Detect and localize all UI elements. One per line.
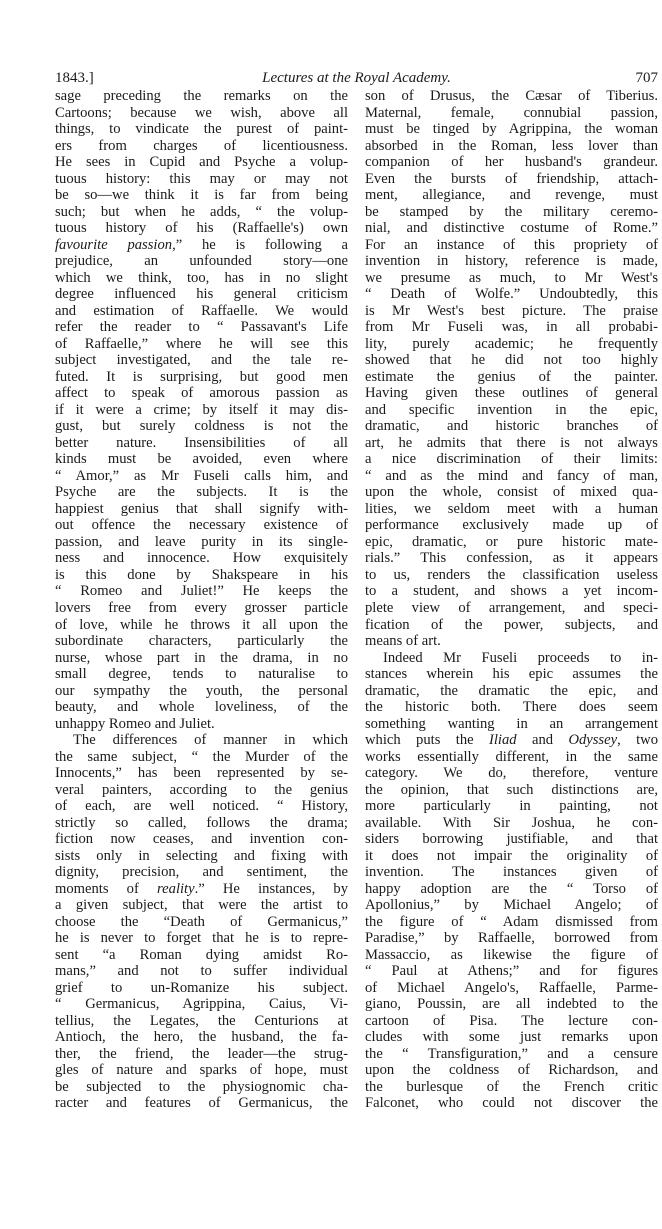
text-line: art, he admits that there is not always (365, 435, 658, 452)
text-line: works essentially different, in the same (365, 749, 658, 766)
text-line: cludes with some just remarks upon (365, 1029, 658, 1046)
text-line: be so—we think it is far from being (55, 187, 348, 204)
text-line: giano, Poussin, are all indebted to the (365, 996, 658, 1013)
text-line: rials.” This confession, as it appears (365, 550, 658, 567)
text-line: dramatic, and historic branches of (365, 418, 658, 435)
text-line: Maternal, female, connubial passion, (365, 105, 658, 122)
text-line: lovers free from every grosser particle (55, 600, 348, 617)
text-line: strictly so called, follows the drama; (55, 815, 348, 832)
text-line: upon the whole, consist of mixed qua- (365, 484, 658, 501)
text-line: tuous history of his (Raffaelle's) own (55, 220, 348, 237)
text-line: category. We do, therefore, venture (365, 765, 658, 782)
text-line: which puts the Iliad and Odyssey, two (365, 732, 658, 749)
text-line: Indeed Mr Fuseli proceeds to in- (365, 650, 658, 667)
text-line: lities, we seldom meet with a human (365, 501, 658, 518)
page-number: 707 (636, 68, 659, 88)
text-line: we presume as much, to Mr West's (365, 270, 658, 287)
text-line: ment, allegiance, and revenge, must (365, 187, 658, 204)
text-line: of love, while he throws it all upon the (55, 617, 348, 634)
text-line: subordinate characters, particularly the (55, 633, 348, 650)
text-line: is Mr West's best picture. The praise (365, 303, 658, 320)
text-line: Innocents,” has been represented by se- (55, 765, 348, 782)
text-line: “ and as the mind and fancy of man, (365, 468, 658, 485)
text-line: such; but when he adds, “ the volup- (55, 204, 348, 221)
text-line: our sympathy the youth, the personal (55, 683, 348, 700)
left-column: sage preceding the remarks on theCartoon… (55, 88, 348, 1112)
text-line: happy adoption are the “ Torso of (365, 881, 658, 898)
text-line: of Raffaelle,” where he will see this (55, 336, 348, 353)
text-line: tellius, the Legates, the Centurions at (55, 1013, 348, 1030)
text-line: sists only in selecting and fixing with (55, 848, 348, 865)
text-line: companion of her husband's grandeur. (365, 154, 658, 171)
text-line: nial, and distinctive costume of Rome.” (365, 220, 658, 237)
text-line: subject investigated, and the tale re- (55, 352, 348, 369)
text-line: performance exclusively made up of (365, 517, 658, 534)
text-line: gles of nature and sparks of hope, must (55, 1062, 348, 1079)
text-line: of Michael Angelo's, Raffaelle, Parme- (365, 980, 658, 997)
text-line: the figure of “ Adam dismissed from (365, 914, 658, 931)
text-line: things, to vindicate the purest of paint… (55, 121, 348, 138)
text-line: the same subject, “ the Murder of the (55, 749, 348, 766)
text-line: grief to un-Romanize his subject. (55, 980, 348, 997)
text-line: tuous history: this may or may not (55, 171, 348, 188)
text-line: For an instance of this propriety of (365, 237, 658, 254)
text-line: beauty, and whole loveliness, of the (55, 699, 348, 716)
running-title: Lectures at the Royal Academy. (55, 68, 658, 88)
text-line: siders borrowing justifiable, and that (365, 831, 658, 848)
text-line: Even the bursts of friendship, attach- (365, 171, 658, 188)
text-line: unhappy Romeo and Juliet. (55, 716, 348, 733)
text-line: He sees in Cupid and Psyche a volup- (55, 154, 348, 171)
text-line: prejudice, an unfounded story—one (55, 253, 348, 270)
text-line: to us, renders the classification useles… (365, 567, 658, 584)
text-line: gust, but surely coldness is not the (55, 418, 348, 435)
text-line: must be tinged by Agrippina, the woman (365, 121, 658, 138)
text-line: The differences of manner in which (55, 732, 348, 749)
running-header: 1843.] Lectures at the Royal Academy. 70… (55, 68, 658, 88)
text-line: refer the reader to “ Passavant's Life (55, 319, 348, 336)
text-line: cartoon of Pisa. The lecture con- (365, 1013, 658, 1030)
text-line: invention. The instances given of (365, 864, 658, 881)
text-line: available. With Sir Joshua, he con- (365, 815, 658, 832)
text-line: affect to speak of amorous passion as (55, 385, 348, 402)
text-line: veral painters, according to the genius (55, 782, 348, 799)
text-line: ness and innocence. How exquisitely (55, 550, 348, 567)
text-line: the opinion, that such distinctions are, (365, 782, 658, 799)
text-line: sage preceding the remarks on the (55, 88, 348, 105)
text-line: degree influenced his general criticism (55, 286, 348, 303)
text-line: Falconet, who could not discover the (365, 1095, 658, 1112)
text-line: epic, dramatic, or pure historic mate- (365, 534, 658, 551)
text-line: happiest genius that shall signify with- (55, 501, 348, 518)
text-line: which we think, too, has in no slight (55, 270, 348, 287)
text-line: is this done by Shakspeare in his (55, 567, 348, 584)
text-line: lity, purely academic; he frequently (365, 336, 658, 353)
text-line: out offence the necessary existence of (55, 517, 348, 534)
text-line: futed. It is surprising, but good men (55, 369, 348, 386)
text-line: passion, and leave purity in its single- (55, 534, 348, 551)
text-line: choose the “Death of Germanicus,” (55, 914, 348, 931)
text-line: son of Drusus, the Cæsar of Tiberius. (365, 88, 658, 105)
text-line: the burlesque of the French critic (365, 1079, 658, 1096)
text-line: small degree, tends to naturalise to (55, 666, 348, 683)
text-line: the “ Transfiguration,” and a censure (365, 1046, 658, 1063)
text-line: absorbed in the Roman, less lover than (365, 138, 658, 155)
text-line: a given subject, that were the artist to (55, 897, 348, 914)
text-line: nurse, whose part in the drama, in no (55, 650, 348, 667)
text-line: ther, the friend, the leader—the strug- (55, 1046, 348, 1063)
text-line: “ Amor,” as Mr Fuseli calls him, and (55, 468, 348, 485)
text-line: a nice discrimination of their limits: (365, 451, 658, 468)
text-line: kinds must be avoided, even where (55, 451, 348, 468)
text-line: ers from charges of licentiousness. (55, 138, 348, 155)
text-line: the historic both. There does seem (365, 699, 658, 716)
text-line: be stamped by the military ceremo- (365, 204, 658, 221)
text-line: and estimation of Raffaelle. We would (55, 303, 348, 320)
text-line: be subjected to the physiognomic cha- (55, 1079, 348, 1096)
text-line: moments of reality.” He instances, by (55, 881, 348, 898)
text-line: racter and features of Germanicus, the (55, 1095, 348, 1112)
text-line: Massaccio, as likewise the figure of (365, 947, 658, 964)
text-line: “ Paul at Athens;” and for figures (365, 963, 658, 980)
text-line: plete view of arrangement, and speci- (365, 600, 658, 617)
text-line: Having given these outlines of general (365, 385, 658, 402)
text-line: from Mr Fuseli was, in all probabi- (365, 319, 658, 336)
text-line: showed that he did not too highly (365, 352, 658, 369)
text-line: he is never to forget that he is to repr… (55, 930, 348, 947)
text-line: fiction now ceases, and invention con- (55, 831, 348, 848)
text-line: dignity, precision, and sentiment, the (55, 864, 348, 881)
text-line: “ Romeo and Juliet!” He keeps the (55, 583, 348, 600)
text-line: favourite passion,” he is following a (55, 237, 348, 254)
text-line: something wanting in an arrangement (365, 716, 658, 733)
text-line: Antioch, the hero, the husband, the fa- (55, 1029, 348, 1046)
text-line: mans,” and not to suffer individual (55, 963, 348, 980)
text-line: stances wherein his epic assumes the (365, 666, 658, 683)
text-line: means of art. (365, 633, 658, 650)
text-line: “ Germanicus, Agrippina, Caius, Vi- (55, 996, 348, 1013)
text-line: if it were a crime; by itself it may dis… (55, 402, 348, 419)
text-line: sent “a Roman dying amidst Ro- (55, 947, 348, 964)
text-line: and specific invention in the epic, (365, 402, 658, 419)
text-line: it does not impair the originality of (365, 848, 658, 865)
text-line: “ Death of Wolfe.” Undoubtedly, this (365, 286, 658, 303)
text-line: fication of the power, subjects, and (365, 617, 658, 634)
text-line: Psyche are the subjects. It is the (55, 484, 348, 501)
right-column: son of Drusus, the Cæsar of Tiberius.Mat… (365, 88, 658, 1112)
text-line: more particularly in painting, not (365, 798, 658, 815)
text-line: Apollonius,” by Michael Angelo; of (365, 897, 658, 914)
text-line: dramatic, the dramatic the epic, and (365, 683, 658, 700)
text-line: better nature. Insensibilities of all (55, 435, 348, 452)
text-line: estimate the genius of the painter. (365, 369, 658, 386)
text-line: upon the coldness of Richardson, and (365, 1062, 658, 1079)
text-line: to a student, and shows a yet incom- (365, 583, 658, 600)
text-line: Cartoons; because we wish, above all (55, 105, 348, 122)
text-line: Paradise,” by Raffaelle, borrowed from (365, 930, 658, 947)
text-line: invention in history, reference is made, (365, 253, 658, 270)
text-line: of each, are well noticed. “ History, (55, 798, 348, 815)
